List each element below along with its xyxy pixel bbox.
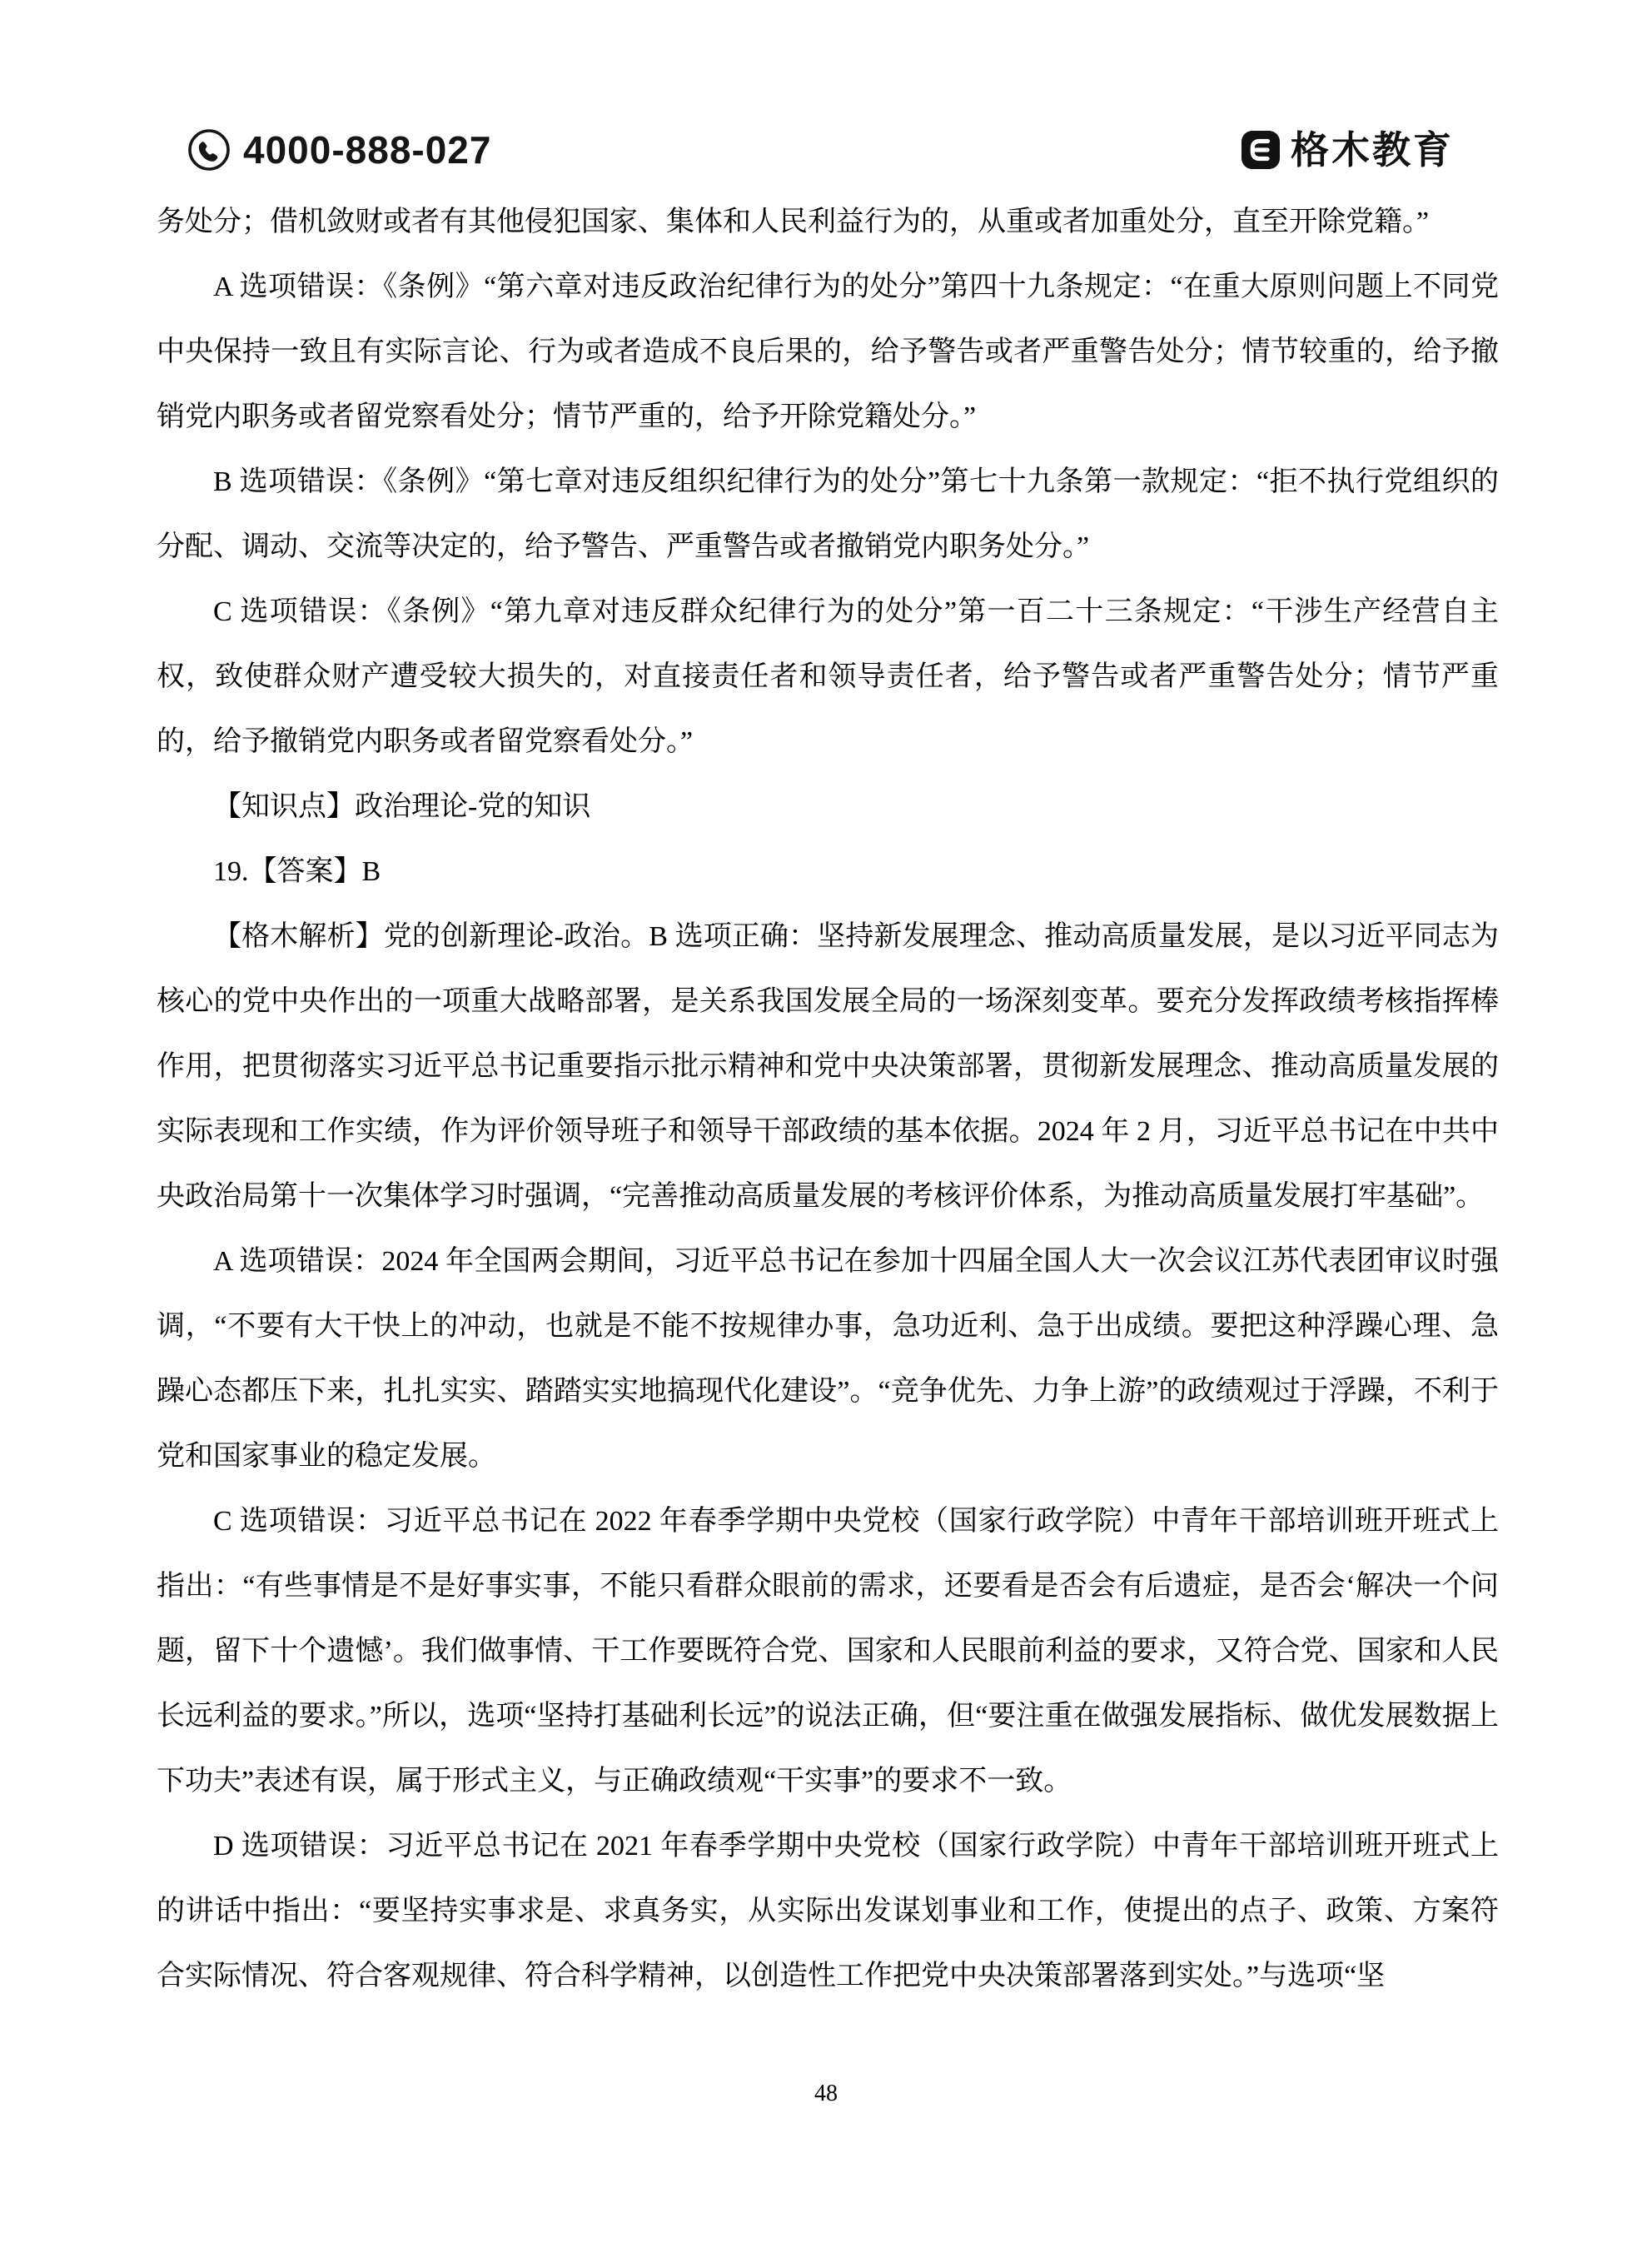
page-number: 48 xyxy=(814,2081,838,2106)
phone-circle-icon xyxy=(187,127,231,172)
gemu-logo-icon xyxy=(1241,130,1281,170)
paragraph-option-a: A 选项错误：《条例》“第六章对违反政治纪律行为的处分”第四十九条规定：“在重大… xyxy=(157,255,1499,450)
paragraph-continuation: 务处分；借机敛财或者有其他侵犯国家、集体和人民利益行为的，从重或者加重处分，直至… xyxy=(157,190,1499,255)
paragraph-knowledge-point: 【知识点】政治理论-党的知识 xyxy=(157,775,1499,840)
logo-block: 格木教育 xyxy=(1241,130,1454,170)
paragraph-answer-19: 19.【答案】B xyxy=(157,840,1499,905)
phone-block: 4000-888-027 xyxy=(187,127,491,172)
paragraph-q19-option-c: C 选项错误：习近平总书记在 2022 年春季学期中央党校（国家行政学院）中青年… xyxy=(157,1489,1499,1814)
document-body: 务处分；借机敛财或者有其他侵犯国家、集体和人民利益行为的，从重或者加重处分，直至… xyxy=(157,190,1499,2009)
paragraph-option-c: C 选项错误：《条例》“第九章对违反群众纪律行为的处分”第一百二十三条规定：“干… xyxy=(157,580,1499,775)
paragraph-gemu-analysis: 【格木解析】党的创新理论-政治。B 选项正确：坚持新发展理念、推动高质量发展，是… xyxy=(157,905,1499,1229)
paragraph-q19-option-d: D 选项错误：习近平总书记在 2021 年春季学期中央党校（国家行政学院）中青年… xyxy=(157,1814,1499,2009)
document-page: 4000-888-027 格木教育 务处分；借机敛财或者有其他侵犯国家、集体和人… xyxy=(0,0,1652,2243)
paragraph-q19-option-a: A 选项错误：2024 年全国两会期间，习近平总书记在参加十四届全国人大一次会议… xyxy=(157,1229,1499,1489)
page-header: 4000-888-027 格木教育 xyxy=(187,123,1454,177)
paragraph-option-b: B 选项错误：《条例》“第七章对违反组织纪律行为的处分”第七十九条第一款规定：“… xyxy=(157,450,1499,580)
page-footer: 48 xyxy=(0,2081,1652,2107)
brand-name: 格木教育 xyxy=(1291,131,1454,169)
phone-number: 4000-888-027 xyxy=(243,131,491,169)
